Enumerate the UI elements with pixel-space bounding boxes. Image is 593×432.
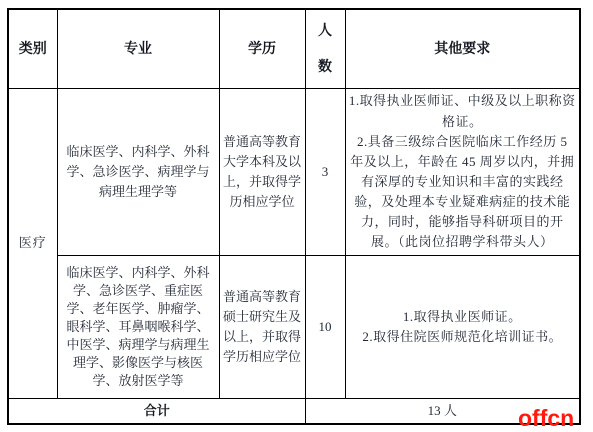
- table-header-row: 类别 专业 学历 人数 其他要求: [8, 9, 580, 89]
- major-cell-row2: 临床医学、内科学、外科学、急诊医学、重症医学、老年医学、肿瘤学、眼科学、耳鼻咽喉…: [57, 256, 219, 399]
- total-label: 合计: [8, 399, 305, 425]
- header-headcount-label: 人数: [317, 13, 333, 84]
- table-footer-row: 合计 13 人: [8, 399, 580, 425]
- recruitment-table: 类别 专业 学历 人数 其他要求 医疗 临床医学、内科学、外科学、急诊医学、病理…: [7, 8, 581, 425]
- table-row-1: 医疗 临床医学、内科学、外科学、急诊医学、病理学与病理生理学等 普通高等教育大学…: [8, 89, 580, 256]
- header-major: 专业: [57, 9, 219, 89]
- category-cell-medical: 医疗: [8, 89, 57, 399]
- education-cell-row1: 普通高等教育大学本科及以上，并取得学历相应学位: [219, 89, 305, 256]
- header-education: 学历: [219, 9, 305, 89]
- requirements-cell-row2: 1.取得执业医师证。 2.取得住院医师规范化培训证书。: [345, 256, 580, 399]
- header-category: 类别: [8, 9, 57, 89]
- recruitment-document-page: 类别 专业 学历 人数 其他要求 医疗 临床医学、内科学、外科学、急诊医学、病理…: [0, 0, 593, 432]
- education-cell-row2: 普通高等教育硕士研究生及以上，并取得学历相应学位: [219, 256, 305, 399]
- requirements-cell-row1: 1.取得执业医师证、中级及以上职称资格证。 2.具备三级综合医院临床工作经历 5…: [345, 89, 580, 256]
- headcount-cell-row2: 10: [305, 256, 345, 399]
- header-headcount: 人数: [305, 9, 345, 89]
- header-other-requirements: 其他要求: [345, 9, 580, 89]
- headcount-cell-row1: 3: [305, 89, 345, 256]
- offcn-watermark: offcn: [518, 405, 574, 432]
- major-cell-row1: 临床医学、内科学、外科学、急诊医学、病理学与病理生理学等: [57, 89, 219, 256]
- table-row-2: 临床医学、内科学、外科学、急诊医学、重症医学、老年医学、肿瘤学、眼科学、耳鼻咽喉…: [8, 256, 580, 399]
